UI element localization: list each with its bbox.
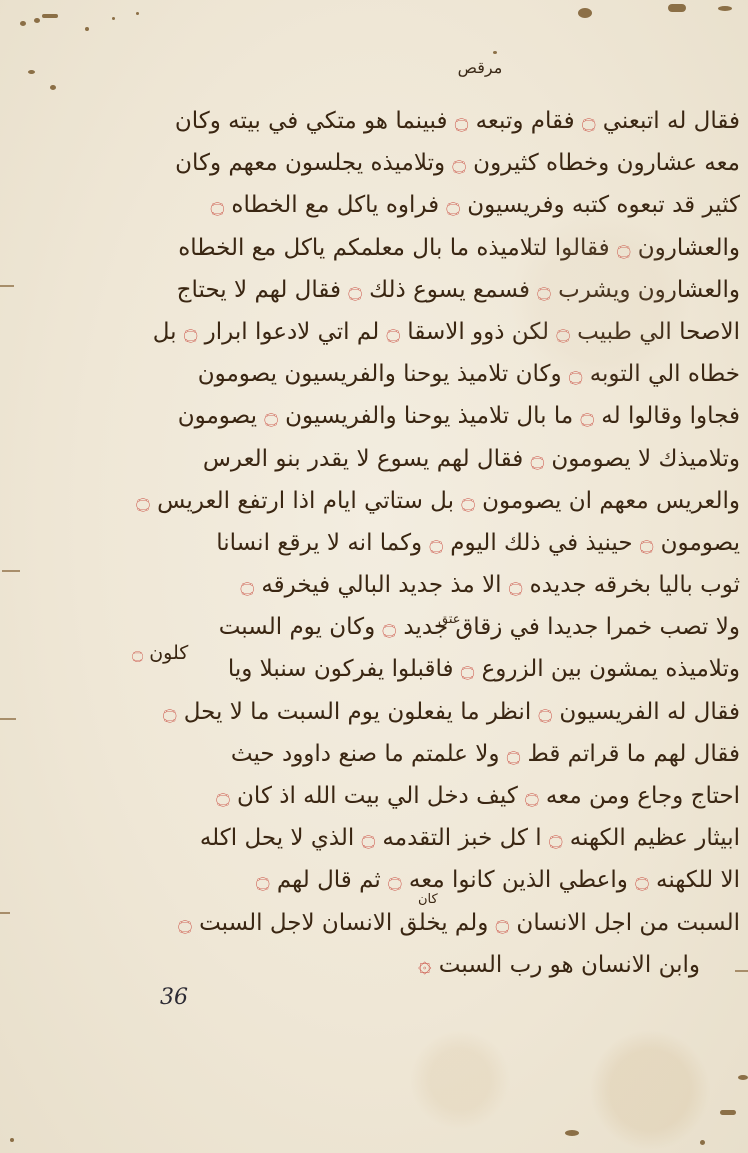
verse-marker: ۝ — [388, 867, 401, 893]
paper-damage — [738, 1075, 748, 1080]
paper-damage — [578, 8, 592, 18]
main-text-block: فقال له اتبعني ۝ فقام وتبعه ۝ فبينما هو … — [190, 100, 740, 986]
verse-marker: ۝ — [241, 572, 254, 598]
paper-damage — [720, 1110, 736, 1115]
text-line: ابيثار عظيم الكهنه ۝ ا كل خبز التقدمه ۝ … — [190, 817, 740, 859]
paper-damage — [42, 14, 58, 18]
verse-marker: ۝ — [446, 192, 459, 218]
text-line: كثير قد تبعوه كتبه وفريسيون ۝ فراوه ياكل… — [190, 184, 740, 226]
verse-marker: ۝ — [531, 446, 544, 472]
paper-damage — [112, 17, 115, 20]
marginal-gloss-text: كلون — [149, 642, 188, 664]
verse-marker: ۝ — [461, 488, 474, 514]
margin-mark — [2, 570, 20, 572]
running-title: مرقص — [430, 58, 530, 77]
text-line: وتلاميذه يمشون بين الزروع ۝ فاقبلوا يفرك… — [190, 648, 740, 690]
paper-damage — [700, 1140, 705, 1145]
interlinear-correction: عتق — [438, 612, 461, 627]
text-line: ولا تصب خمرا جديدا في زقاق جديد ۝ وكان ي… — [190, 606, 740, 648]
verse-marker: ۝ — [387, 319, 400, 345]
verse-marker: ۝ — [383, 614, 396, 640]
verse-marker: ۝ — [211, 192, 224, 218]
verse-marker: ۝ — [256, 867, 269, 893]
text-line: احتاج وجاع ومن معه ۝ كيف دخل الي بيت الل… — [190, 775, 740, 817]
verse-marker: ۝ — [640, 530, 653, 556]
verse-marker: ۝ — [509, 572, 522, 598]
verse-marker: ۝ — [539, 699, 552, 725]
paper-damage — [10, 1138, 14, 1142]
margin-mark — [0, 718, 16, 720]
verse-marker: ۝ — [581, 403, 594, 429]
text-line: ثوب باليا بخرقه جديده ۝ الا مذ جديد البا… — [190, 564, 740, 606]
verse-marker: ۝ — [582, 108, 595, 134]
text-line: وتلاميذك لا يصومون ۝ فقال لهم يسوع لا يق… — [190, 438, 740, 480]
verse-marker: ۝ — [348, 277, 361, 303]
verse-marker: ۝ — [635, 867, 648, 893]
verse-marker: ۝ — [178, 910, 191, 936]
verse-marker: ۝ — [507, 741, 520, 767]
verse-marker: ۝ — [362, 825, 375, 851]
margin-mark — [0, 285, 14, 287]
text-line: الا للكهنه ۝ واعطي الذين كانوا معه ۝ ثم … — [190, 859, 740, 901]
text-line: فقال له الفريسيون ۝ انظر ما يفعلون يوم ا… — [190, 691, 740, 733]
text-line: فقال له اتبعني ۝ فقام وتبعه ۝ فبينما هو … — [190, 100, 740, 142]
verse-marker: ۝ — [264, 403, 277, 429]
paper-damage — [718, 6, 732, 11]
verse-marker: ۝ — [617, 235, 630, 261]
paper-damage — [20, 21, 26, 26]
text-line: وابن الانسان هو رب السبت ۞ — [190, 944, 740, 986]
paper-damage — [34, 18, 40, 23]
paper-damage — [28, 70, 35, 74]
paper-damage — [493, 51, 497, 54]
verse-marker: ۞ — [418, 952, 431, 978]
verse-marker: ۝ — [569, 361, 582, 387]
verse-marker: ۝ — [496, 910, 509, 936]
verse-marker: ۝ — [136, 488, 149, 514]
verse-marker: ۝ — [537, 277, 550, 303]
verse-marker: ۝ — [549, 825, 562, 851]
interlinear-correction: كان — [418, 892, 438, 907]
manuscript-page: مرقص فقال له اتبعني ۝ فقام وتبعه ۝ فبينم… — [0, 0, 748, 1153]
verse-marker: ۝ — [461, 656, 474, 682]
margin-mark — [0, 912, 10, 914]
paper-damage — [668, 4, 686, 12]
verse-marker: ۝ — [556, 319, 569, 345]
verse-marker: ۝ — [525, 783, 538, 809]
paper-damage — [136, 12, 139, 15]
text-line: معه عشارون وخطاه كثيرون ۝ وتلاميذه يجلسو… — [190, 142, 740, 184]
rubric-mark: ۝ — [132, 642, 143, 664]
text-line: والعريس معهم ان يصومون ۝ بل ستاتي ايام ا… — [190, 480, 740, 522]
text-line: السبت من اجل الانسان ۝ ولم يخلق الانسان … — [190, 902, 740, 944]
text-line: والعشارون ويشرب ۝ فسمع يسوع ذلك ۝ فقال ل… — [190, 269, 740, 311]
paper-damage — [50, 85, 56, 90]
verse-marker: ۝ — [163, 699, 176, 725]
verse-marker: ۝ — [455, 108, 468, 134]
text-line: يصومون ۝ حينيذ في ذلك اليوم ۝ وكما انه ل… — [190, 522, 740, 564]
verse-marker: ۝ — [452, 150, 465, 176]
text-line: فقال لهم ما قراتم قط ۝ ولا علمتم ما صنع … — [190, 733, 740, 775]
verse-marker: ۝ — [184, 319, 197, 345]
paper-damage — [565, 1130, 579, 1136]
text-line: فجاوا وقالوا له ۝ ما بال تلاميذ يوحنا وا… — [190, 395, 740, 437]
verse-marker: ۝ — [429, 530, 442, 556]
marginal-gloss: كلون ۝ — [132, 642, 188, 664]
verse-marker: ۝ — [216, 783, 229, 809]
text-line: والعشارون ۝ فقالوا لتلاميذه ما بال معلمك… — [190, 227, 740, 269]
folio-number: 36 — [160, 985, 188, 1010]
text-line: الاصحا الي طبيب ۝ لكن ذوو الاسقا ۝ لم ات… — [190, 311, 740, 353]
paper-damage — [85, 27, 89, 31]
text-line: خطاه الي التوبه ۝ وكان تلاميذ يوحنا والف… — [190, 353, 740, 395]
